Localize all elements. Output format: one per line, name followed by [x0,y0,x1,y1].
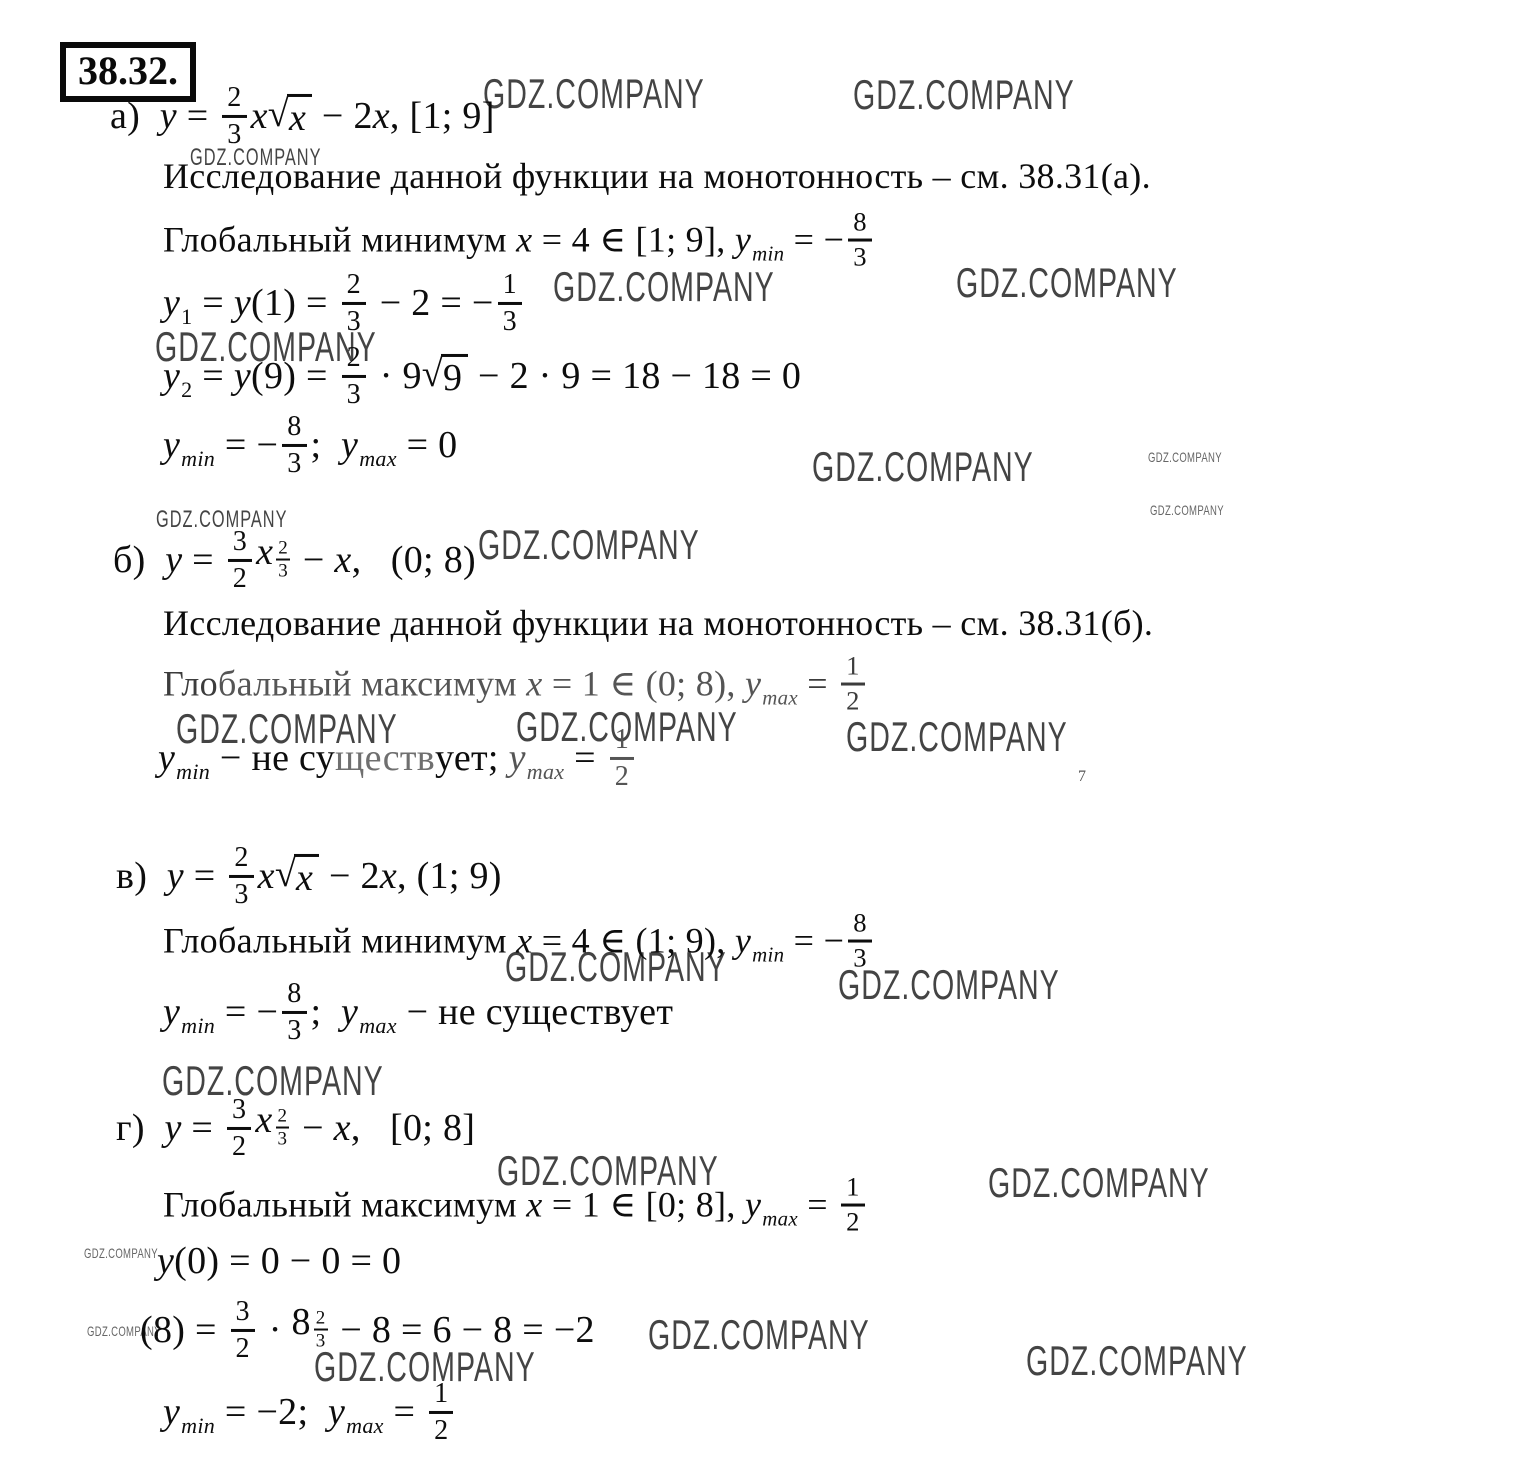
global-max-b: Глобальный максимум x = 1 ∈ (0; 8), ymax… [163,653,869,716]
subscripted-variable: ymin [163,990,215,1034]
subscripted-variable: y2 [163,354,193,398]
watermark: GDZ.COMPANY [84,1246,158,1260]
math-text: б) [113,538,165,582]
exponent-denominator: 3 [276,1126,290,1148]
math-text: (9) = [251,354,338,398]
radical-sign: √ [422,355,443,395]
fraction-numerator: 1 [429,1379,453,1411]
math-text: = 4 ∈ [1; 9], [532,219,734,261]
radical-sign: √ [275,855,296,895]
math-text: , [0; 8] [351,1106,475,1150]
fraction-numerator: 1 [498,270,522,302]
fraction: 12 [429,1379,453,1445]
subscripted-variable: y1 [163,281,193,325]
fraction: 12 [841,1174,865,1237]
base: y [509,737,526,779]
fraction-numerator: 8 [282,412,306,444]
subscript: 1 [181,304,192,329]
math-text: = [182,1106,223,1150]
base: y [163,282,180,324]
base: y [163,1391,180,1433]
math-variable: x [516,219,532,261]
base: y [745,1185,761,1225]
math-text: = −2; [215,1390,328,1434]
math-text: − не су [210,736,335,780]
stray-mark: 7 [1078,768,1086,786]
fraction-denominator: 2 [227,1127,251,1162]
exponent-numerator: 2 [314,1308,328,1328]
watermark: GDZ.COMPANY [553,266,775,308]
math-variable: y [160,94,177,138]
global-min-v: Глобальный минимум x = 4 ∈ (1; 9), ymin … [163,910,876,973]
math-text: (8) = [140,1308,227,1352]
exponent-numerator: 2 [276,1106,290,1126]
fraction: 32 [228,527,252,593]
math-variable: x [258,854,275,898]
y1-calc-a: y1 = y(1) = 23 − 2 = −13 [163,270,526,336]
result-v: ymin = −83; ymax − не существует [163,979,673,1045]
math-variable: y [234,354,251,398]
math-text: = [798,1184,837,1226]
subscript: min [752,943,784,967]
math-text: , (0; 8) [352,538,476,582]
math-text: = [193,281,234,325]
math-text: а) [110,94,160,138]
fraction-numerator: 1 [841,653,865,683]
subscript: min [752,242,784,266]
subscript: 2 [181,377,192,402]
fraction-denominator: 2 [429,1411,453,1446]
fraction: 23 [342,343,366,409]
math-text: щест [335,736,417,780]
math-text: Глобальный минимум [163,920,516,962]
fraction: 83 [848,209,872,272]
math-variable: y [167,854,184,898]
fraction-denominator: 2 [228,559,252,594]
math-text: ; [311,423,341,467]
math-text: = 4 ∈ (1; 9), [532,920,734,962]
fraction-denominator: 3 [229,875,253,910]
fraction-numerator: 1 [841,1174,865,1204]
watermark: GDZ.COMPANY [483,73,705,115]
base: x [255,1099,272,1141]
fraction-denominator: 2 [841,1204,865,1237]
math-text: в) [116,854,167,898]
math-text: − 2 [312,94,373,138]
watermark: GDZ.COMPANY [1148,450,1222,464]
base: 8 [291,1301,310,1343]
formula-v: в) y = 23x√x − 2x, (1; 9) [116,843,502,909]
base: y [163,355,180,397]
subscripted-variable: ymin [158,736,210,780]
fraction-denominator: 2 [841,683,865,716]
formula-b: б) y = 32x23 − x, (0; 8) [113,527,476,593]
math-variable: x [526,663,542,705]
fraction: 32 [227,1095,251,1161]
math-text: − 2 [319,854,380,898]
subscripted-variable: ymin [735,219,785,261]
base: y [735,921,751,961]
math-text: − 2 = − [370,281,494,325]
math-text: (0) = 0 − 0 = 0 [174,1239,401,1283]
fraction-numerator: 2 [229,843,253,875]
math-text: Исследование данной функции на монотонно… [163,602,1153,644]
exponent-denominator: 3 [314,1328,328,1350]
fraction: 13 [498,270,522,336]
fraction-denominator: 3 [498,302,522,337]
math-text: бальный максимум [218,663,526,705]
radicand: 9 [441,354,468,399]
math-text: Исследование данной функции на монотонно… [163,155,1151,197]
formula-a: а) y = 23x√x − 2x, [1; 9] [110,83,495,149]
watermark: GDZ.COMPANY [812,446,1034,488]
fraction-denominator: 3 [848,239,872,272]
note-b: Исследование данной функции на монотонно… [163,602,1153,644]
square-root: √9 [422,354,468,399]
fraction-numerator: 2 [222,83,246,115]
fraction-denominator: 3 [282,1011,306,1046]
fraction: 83 [848,910,872,973]
base: y [163,424,180,466]
subscript: max [346,1413,384,1438]
math-variable: x [373,94,390,138]
base: y [745,664,761,704]
subscript: min [181,1413,215,1438]
exponent-fraction: 23 [276,1106,290,1148]
subscript: min [176,759,210,784]
math-text: г) [116,1106,164,1150]
subscripted-variable: ymax [341,990,397,1034]
math-text: , (1; 9) [397,854,502,898]
fraction: 83 [282,979,306,1045]
math-text: Гло [163,663,218,705]
square-root: √x [275,854,319,899]
y2-calc-a: y2 = y(9) = 23 · 9√9 − 2 · 9 = 18 − 18 =… [163,343,801,409]
fraction: 23 [222,83,246,149]
math-variable: x [251,94,268,138]
math-variable: y [157,1239,174,1283]
math-text: − не существует [397,990,673,1034]
exponent-fraction: 23 [276,538,290,580]
subscript: min [181,446,215,471]
watermark: GDZ.COMPANY [1026,1340,1248,1382]
fraction-numerator: 8 [848,910,872,940]
subscripted-variable: ymin [735,920,785,962]
math-variable: x [380,854,397,898]
global-max-g: Глобальный максимум x = 1 ∈ [0; 8], ymax… [163,1174,869,1237]
math-text: = − [784,920,844,962]
math-text: = − [784,219,844,261]
watermark: GDZ.COMPANY [853,74,1075,116]
fraction: 12 [841,653,865,716]
math-text: = [384,1390,425,1434]
math-text: = [177,94,218,138]
subscript: max [762,686,798,710]
subscript: max [359,1013,397,1038]
radicand: x [287,94,312,139]
math-text: − 8 = 6 − 8 = −2 [331,1308,595,1352]
fraction-denominator: 2 [231,1329,255,1364]
subscripted-variable: ymax [745,1184,798,1226]
base: y [341,991,358,1033]
fraction-numerator: 2 [342,270,366,302]
fraction-numerator: 8 [282,979,306,1011]
math-text: ; [311,990,341,1034]
math-variable: x [334,538,351,582]
math-variable: x [516,920,532,962]
watermark: GDZ.COMPANY [648,1314,870,1356]
exponent-fraction: 23 [314,1308,328,1350]
exponent-denominator: 3 [276,558,290,580]
fraction-numerator: 2 [342,343,366,375]
power-expression: 823 [291,1300,330,1361]
base: y [735,220,751,260]
fraction-denominator: 2 [610,757,634,792]
fraction-numerator: 1 [610,725,634,757]
base: y [328,1391,345,1433]
fraction-denominator: 3 [342,375,366,410]
radical-sign: √ [268,95,289,135]
watermark: GDZ.COMPANY [956,262,1178,304]
math-text: − [293,538,334,582]
subscripted-variable: ymax [745,663,798,705]
fraction-numerator: 3 [227,1095,251,1127]
result-b: ymin − не существует; ymax = 12 [158,725,638,791]
fraction-denominator: 3 [342,302,366,337]
math-variable: x [526,1184,542,1226]
subscripted-variable: ymin [163,1390,215,1434]
math-text: в [417,736,435,780]
fraction-numerator: 8 [848,209,872,239]
base: y [341,424,358,466]
power-expression: x23 [255,1098,292,1159]
math-text: = − [215,990,278,1034]
subscript: min [181,1013,215,1038]
square-root: √x [268,94,312,139]
math-text: − [292,1106,333,1150]
subscript: max [359,446,397,471]
y8-calc-g: (8) = 32 · 823 − 8 = 6 − 8 = −2 [140,1297,595,1363]
math-text: = [184,854,225,898]
watermark: GDZ.COMPANY [478,524,700,566]
exponent-numerator: 2 [276,538,290,558]
subscripted-variable: ymax [509,736,565,780]
base: x [256,531,273,573]
power-expression: x23 [256,530,293,591]
math-text: = − [215,423,278,467]
fraction-denominator: 3 [848,940,872,973]
fraction-numerator: 3 [231,1297,255,1329]
fraction: 23 [229,843,253,909]
math-text: ует; [435,736,509,780]
subscripted-variable: ymin [163,423,215,467]
subscript: max [527,759,565,784]
math-variable: y [234,281,251,325]
fraction: 83 [282,412,306,478]
subscripted-variable: ymax [328,1390,384,1434]
fraction-numerator: 3 [228,527,252,559]
watermark: GDZ.COMPANY [1150,503,1224,517]
math-text: , [1; 9] [390,94,495,138]
solution-page: 38.32. GDZ.COMPANY GDZ.COMPANY GDZ.COMPA… [0,0,1532,1477]
formula-g: г) y = 32x23 − x, [0; 8] [116,1095,475,1161]
base: y [163,991,180,1033]
fraction: 32 [231,1297,255,1363]
math-text: = 1 ∈ [0; 8], [543,1184,745,1226]
math-text: = [798,663,837,705]
radicand: x [294,854,319,899]
result-g: ymin = −2; ymax = 12 [163,1379,457,1445]
fraction: 12 [610,725,634,791]
math-text: − 2 · 9 = 18 − 18 = 0 [468,354,801,398]
watermark: GDZ.COMPANY [988,1162,1210,1204]
math-text: = [564,736,605,780]
math-text: Глобальный максимум [163,1184,526,1226]
math-text: (1) = [251,281,338,325]
note-a: Исследование данной функции на монотонно… [163,155,1151,197]
subscript: max [762,1207,798,1231]
y0-calc-g: y(0) = 0 − 0 = 0 [157,1239,401,1283]
math-variable: y [165,538,182,582]
math-text: · [259,1308,292,1352]
result-a: ymin = −83; ymax = 0 [163,412,457,478]
math-text: = [182,538,223,582]
subscripted-variable: ymax [341,423,397,467]
math-variable: y [164,1106,181,1150]
math-variable: x [334,1106,351,1150]
math-text: = 0 [397,423,458,467]
math-text: · 9 [370,354,422,398]
watermark: GDZ.COMPANY [846,716,1068,758]
math-text: = 1 ∈ (0; 8), [543,663,745,705]
math-text: = [193,354,234,398]
global-min-a: Глобальный минимум x = 4 ∈ [1; 9], ymin … [163,209,876,272]
fraction-denominator: 3 [282,444,306,479]
math-text: Глобальный минимум [163,219,516,261]
fraction: 23 [342,270,366,336]
base: y [158,737,175,779]
fraction-denominator: 3 [222,115,246,150]
